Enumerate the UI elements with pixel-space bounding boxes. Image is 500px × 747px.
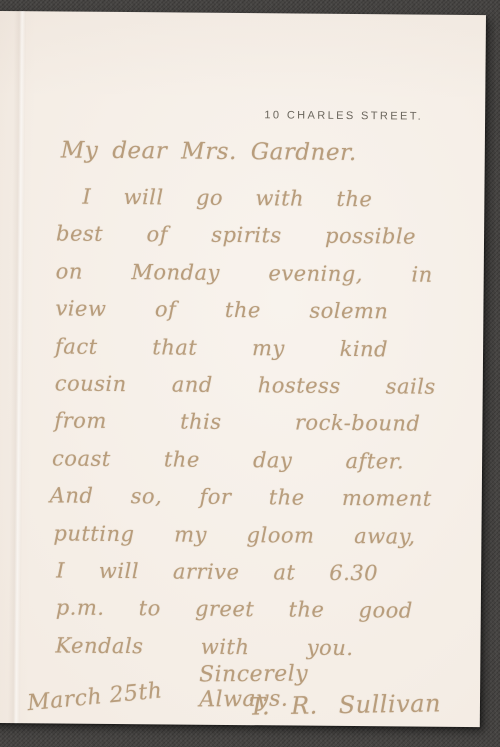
letter-line: p.m. to greet the good	[56, 591, 413, 632]
letter-line: cousin and hostess sails	[55, 366, 436, 407]
letter-line: fact that my kind	[55, 329, 388, 369]
letter-body: My dear Mrs. Gardner. I will go with the…	[52, 133, 447, 668]
date-line: March 25th	[26, 678, 163, 716]
letter-line: And so, for the moment	[50, 479, 432, 520]
letterhead-address: 10 CHARLES STREET.	[264, 109, 423, 122]
salutation-line: My dear Mrs. Gardner.	[61, 133, 357, 182]
letter-sheet: 10 CHARLES STREET. My dear Mrs. Gardner.…	[0, 11, 486, 727]
letter-line: I will arrive at 6.30	[56, 553, 378, 593]
letter-line: from this rock-bound	[54, 404, 420, 445]
letter-line: view of the solemn	[55, 292, 388, 332]
letter-line: coast the day after.	[52, 441, 404, 481]
photograph-of-letter: 10 CHARLES STREET. My dear Mrs. Gardner.…	[0, 0, 500, 747]
letter-line: best of spirits possible	[56, 217, 416, 258]
letter-line: I will go with the	[82, 180, 372, 220]
fold-crease	[8, 11, 26, 723]
letter-line: on Monday evening, in	[56, 254, 433, 295]
letter-line: putting my gloom away,	[53, 516, 415, 557]
signature: T. R. Sullivan	[249, 689, 441, 720]
